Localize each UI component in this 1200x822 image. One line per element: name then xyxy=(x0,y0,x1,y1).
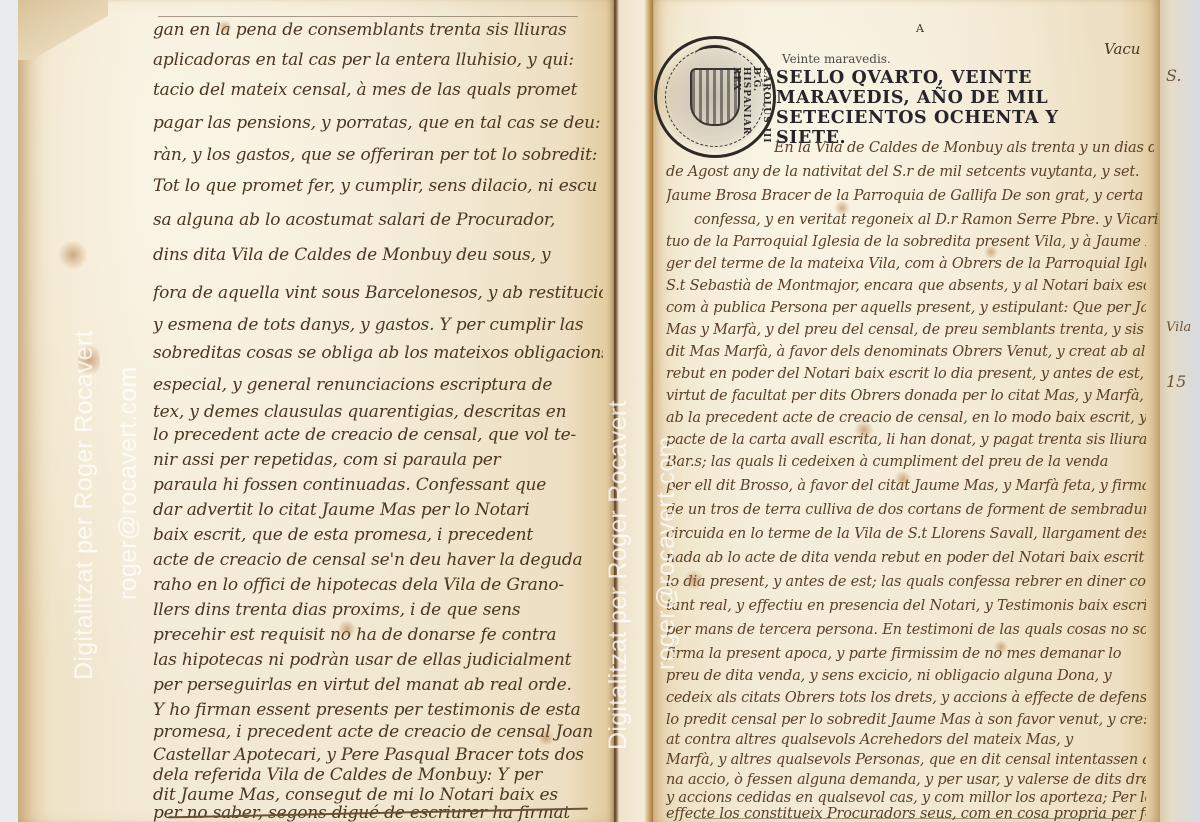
stamp-title-line: SELLO QVARTO, VEINTE xyxy=(776,68,1076,88)
manuscript-line: Jaume Brosa Bracer de la Parroquia de Ga… xyxy=(666,188,1146,204)
manuscript-line: aplicadoras en tal cas per la entera llu… xyxy=(153,50,603,70)
binding-fold xyxy=(614,0,654,822)
manuscript-line: nir assi per repetidas, com si paraula p… xyxy=(153,450,603,470)
manuscript-line: tacio del mateix censal, à mes de las qu… xyxy=(153,80,603,100)
stamp-page-mark: A xyxy=(916,22,924,35)
manuscript-line: Bar.s; las quals li cedeixen à cumplimen… xyxy=(666,454,1146,470)
manuscript-line: virtut de facultat per dits Obrers donad… xyxy=(666,388,1146,404)
manuscript-line: y esmena de tots danys, y gastos. Y per … xyxy=(153,315,603,335)
margin-mark: Vila xyxy=(1166,320,1191,335)
manuscript-line: sobreditas cosas se obliga ab los mateix… xyxy=(153,343,603,363)
manuscript-line: cedeix als citats Obrers tots los drets,… xyxy=(666,690,1146,706)
manuscript-line: lo precedent acte de creacio de censal, … xyxy=(153,425,603,445)
manuscript-line: ràn, y los gastos, que se offeriran per … xyxy=(153,145,603,165)
stamp-value-line: Veinte maravedis. xyxy=(782,52,891,66)
manuscript-line: dit Jaume Mas, consegut de mi lo Notari … xyxy=(153,785,603,805)
manuscript-line: especial, y general renunciacions escrip… xyxy=(153,375,603,395)
crown-icon xyxy=(695,45,735,64)
right-manuscript-page: CAROLUS III D.G. HISPANIAR REX A Veinte … xyxy=(654,0,1160,822)
manuscript-line: En la Vila de Caldes de Monbuy als trent… xyxy=(774,140,1154,156)
royal-seal-stamp: CAROLUS III D.G. HISPANIAR REX xyxy=(654,36,776,158)
left-manuscript-page: gan en la pena de consemblants trenta si… xyxy=(18,0,614,822)
manuscript-line: ab la precedent acte de creacio de censa… xyxy=(666,410,1146,426)
manuscript-line: dar advertit lo citat Jaume Mas per lo N… xyxy=(153,500,603,520)
foxing-stain xyxy=(58,240,88,270)
manuscript-line: per perseguirlas en virtut del manat ab … xyxy=(153,675,603,695)
manuscript-line: Marfà, y altres qualsevols Personas, que… xyxy=(666,752,1146,768)
manuscript-line: per ell dit Brosso, à favor del citat Ja… xyxy=(666,478,1146,494)
manuscript-line: Mas y Marfà, y del preu del censal, de p… xyxy=(666,322,1146,338)
margin-mark: 15 xyxy=(1166,372,1186,391)
manuscript-line: acte de creacio de censal se'n deu haver… xyxy=(153,550,603,570)
manuscript-line: circuida en lo terme de la Vila de S.t L… xyxy=(666,526,1146,542)
manuscript-line: de un tros de terra culliva de dos corta… xyxy=(666,502,1146,518)
foxing-stain xyxy=(78,340,100,380)
manuscript-line: nada ab lo acte de dita venda rebut en p… xyxy=(666,550,1146,566)
stamp-title-line: MARAVEDIS, AÑO DE MIL xyxy=(776,88,1076,108)
manuscript-line: lo predit censal per lo sobredit Jaume M… xyxy=(666,712,1146,728)
underlying-page-edge: S. Vila 15 xyxy=(1158,0,1200,822)
manuscript-line: firma la present apoca, y parte firmissi… xyxy=(666,646,1146,662)
manuscript-line: Tot lo que promet fer, y cumplir, sens d… xyxy=(153,176,603,196)
manuscript-line: paraula hi fossen continuadas. Confessan… xyxy=(153,475,603,495)
manuscript-line: preu de dita venda, y sens excicio, ni o… xyxy=(666,668,1146,684)
manuscript-line: dela referida Vila de Caldes de Monbuy: … xyxy=(153,765,603,785)
corner-note: Vacu xyxy=(1104,40,1140,58)
manuscript-line: Castellar Apotecari, y Pere Pasqual Brac… xyxy=(153,745,603,765)
manuscript-line: ger del terme de la mateixa Vila, com à … xyxy=(666,256,1146,272)
manuscript-line: sa alguna ab lo acostumat salari de Proc… xyxy=(153,210,603,230)
manuscript-line: tex, y demes clausulas quarentigias, des… xyxy=(153,402,603,422)
seal-legend: CAROLUS III D.G. HISPANIAR REX xyxy=(731,67,771,155)
manuscript-line: gan en la pena de consemblants trenta si… xyxy=(153,20,603,40)
manuscript-line: fora de aquella vint sous Barcelonesos, … xyxy=(153,283,603,303)
manuscript-line: Y ho firman essent presents per testimon… xyxy=(153,700,603,720)
manuscript-line: las hipotecas ni podràn usar de ellas ju… xyxy=(153,650,603,670)
top-rule xyxy=(158,16,578,17)
manuscript-line: confessa, y en veritat regoneix al D.r R… xyxy=(694,212,1160,228)
manuscript-line: baix escrit, que de esta promesa, i prec… xyxy=(153,525,603,545)
stamp-title-line: SETECIENTOS OCHENTA Y xyxy=(776,108,1076,128)
stamp-title: SELLO QVARTO, VEINTE MARAVEDIS, AÑO DE M… xyxy=(776,68,1076,148)
manuscript-line: dins dita Vila de Caldes de Monbuy deu s… xyxy=(153,245,603,265)
manuscript-line: tuo de la Parroquial Iglesia de la sobre… xyxy=(666,234,1146,250)
manuscript-line: raho en lo offici de hipotecas dela Vila… xyxy=(153,575,603,595)
manuscript-line: promesa, i precedent acte de creacio de … xyxy=(153,722,603,742)
manuscript-line: lo dia present, y antes de est; las qual… xyxy=(666,574,1146,590)
manuscript-line: dit Mas Marfà, à favor dels denominats O… xyxy=(666,344,1146,360)
manuscript-line: llers dins trenta dias proxims, i de que… xyxy=(153,600,603,620)
margin-mark: S. xyxy=(1166,66,1181,85)
manuscript-line: at contra altres qualsevols Acrehedors d… xyxy=(666,732,1146,748)
bottom-rule xyxy=(694,818,1134,819)
manuscript-line: precehir est requisit no ha de donarse f… xyxy=(153,625,603,645)
manuscript-line: pagar las pensions, y porratas, que en t… xyxy=(153,113,603,133)
manuscript-line: tant real, y effectiu en presencia del N… xyxy=(666,598,1146,614)
manuscript-line: per mans de tercera persona. En testimon… xyxy=(666,622,1146,638)
manuscript-line: com à publica Persona per aquells presen… xyxy=(666,300,1146,316)
manuscript-line: y accions cedidas en qualsevol cas, y co… xyxy=(666,790,1146,806)
manuscript-line: de Agost any de la nativitat del S.r de … xyxy=(666,164,1146,180)
manuscript-line: pacte de la carta avall escrita, li han … xyxy=(666,432,1146,448)
manuscript-line: na accio, ò fessen alguna demanda, y per… xyxy=(666,772,1146,788)
manuscript-line: S.t Sebastià de Montmajor, encara que ab… xyxy=(666,278,1146,294)
manuscript-line: effecte los constitueix Procuradors seus… xyxy=(666,806,1146,822)
manuscript-line: rebut en poder del Notari baix escrit lo… xyxy=(666,366,1146,382)
